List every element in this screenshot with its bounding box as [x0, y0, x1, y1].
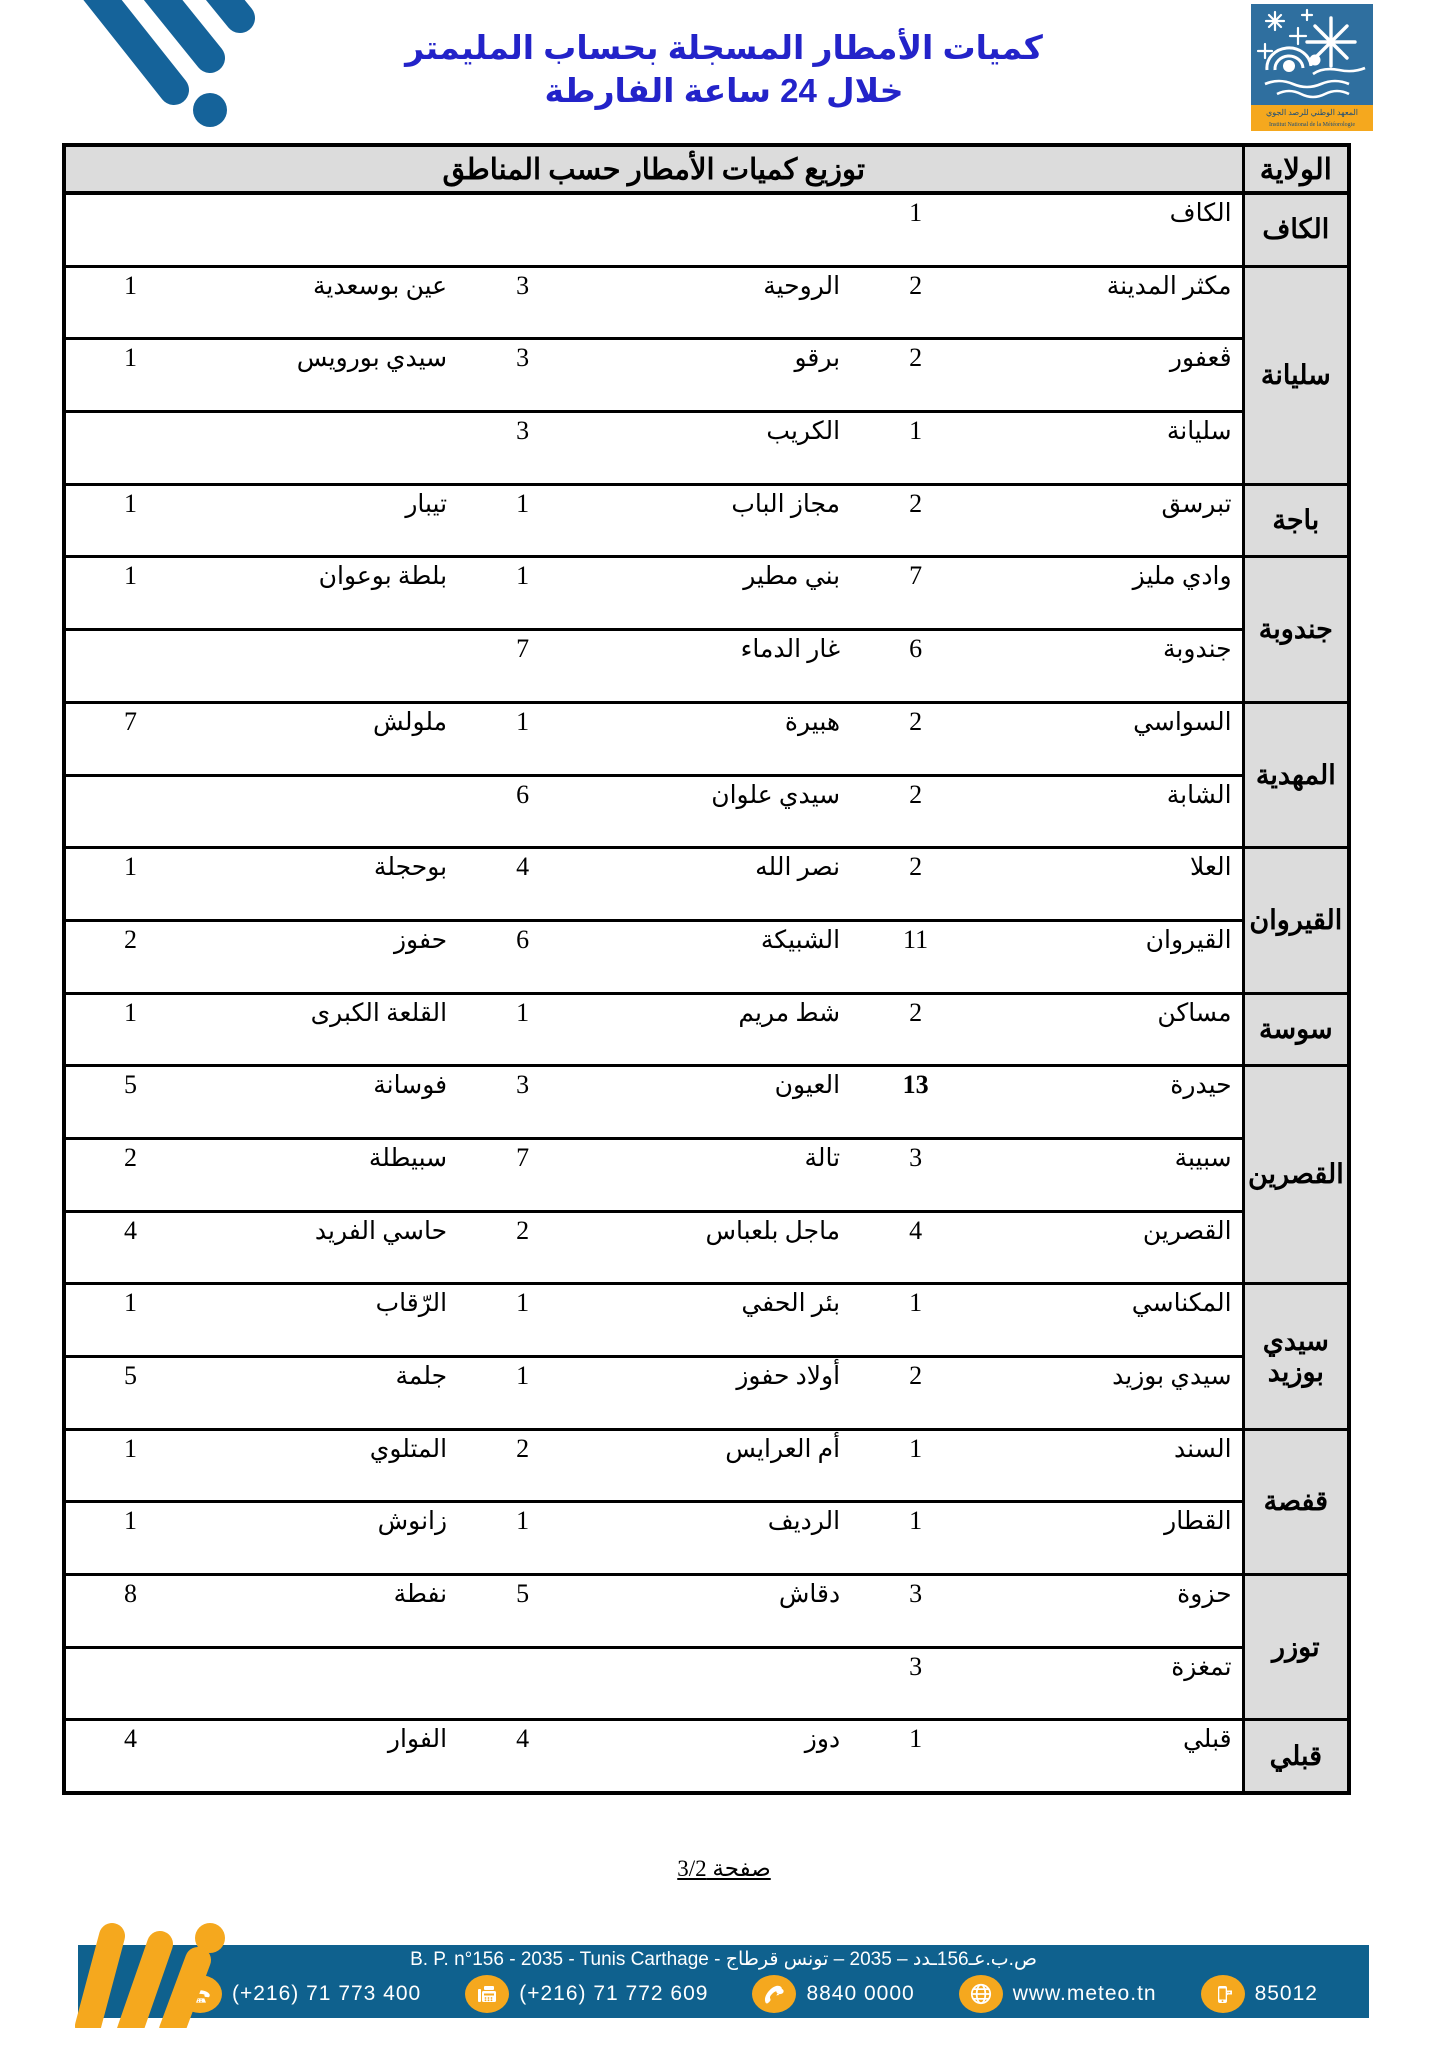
- station-name-cell: القصرين: [981, 1211, 1243, 1284]
- table-row: سيدي بوزيد2أولاد حفوز1جلمة5: [64, 1357, 1349, 1430]
- station-name-cell: عين بوسعدية: [195, 266, 457, 339]
- station-name-cell: المكناسي: [981, 1284, 1243, 1357]
- contact-website: www.meteo.tn: [959, 1975, 1157, 2013]
- table-header-row: الولاية توزيع كميات الأمطار حسب المناطق: [64, 145, 1349, 193]
- station-name-cell: تالة: [588, 1138, 850, 1211]
- rainfall-value-cell: 1: [64, 1429, 195, 1502]
- table-row: جندوبة6غار الدماء7: [64, 630, 1349, 703]
- rainfall-value-cell: 5: [64, 1357, 195, 1430]
- rainfall-value-cell: 1: [457, 1502, 588, 1575]
- station-name-cell: مساكن: [981, 993, 1243, 1066]
- station-name-cell: بلطة بوعوان: [195, 557, 457, 630]
- fax-icon: [465, 1975, 509, 2013]
- station-name-cell: العلا: [981, 848, 1243, 921]
- table-row: قفصةالسند1أم العرايس2المتلوي1: [64, 1429, 1349, 1502]
- contact-website-url: www.meteo.tn: [1013, 1982, 1157, 2006]
- station-name-cell: ملولش: [195, 702, 457, 775]
- station-name-cell: نفطة: [195, 1575, 457, 1648]
- station-name-cell: جلمة: [195, 1357, 457, 1430]
- station-name-cell: تيبار: [195, 484, 457, 557]
- station-name-cell: تمغزة: [981, 1647, 1243, 1720]
- rainfall-value-cell: 1: [457, 702, 588, 775]
- rainfall-value-cell: 3: [850, 1647, 981, 1720]
- rainfall-value-cell: 1: [850, 193, 981, 266]
- station-name-cell: الرديف: [588, 1502, 850, 1575]
- governorate-cell: سوسة: [1243, 993, 1349, 1066]
- rainfall-value-cell: 2: [457, 1211, 588, 1284]
- rainfall-value-cell: 1: [850, 1284, 981, 1357]
- station-name-cell: قبلي: [981, 1720, 1243, 1793]
- table-row: باجةتبرسق2مجاز الباب1تيبار1: [64, 484, 1349, 557]
- rainfall-value-cell: 2: [457, 1429, 588, 1502]
- table-row: القيروانالعلا2نصر الله4بوحجلة1: [64, 848, 1349, 921]
- table-row: سيدي بوزيدالمكناسي1بئر الحفي1الرّقاب1: [64, 1284, 1349, 1357]
- station-name-cell: مكثر المدينة: [981, 266, 1243, 339]
- rainfall-value-cell: 1: [850, 1720, 981, 1793]
- governorate-cell: قفصة: [1243, 1429, 1349, 1574]
- table-row: قبليقبلي1دوز4الفوار4: [64, 1720, 1349, 1793]
- station-name-cell: الكاف: [981, 193, 1243, 266]
- rainfall-value-cell: 2: [850, 702, 981, 775]
- station-name-cell: المتلوي: [195, 1429, 457, 1502]
- rainfall-value-cell: 4: [64, 1211, 195, 1284]
- station-name-cell: جندوبة: [981, 630, 1243, 703]
- station-name-cell: وادي مليز: [981, 557, 1243, 630]
- rainfall-value-cell: 7: [850, 557, 981, 630]
- station-name-cell: حاسي الفريد: [195, 1211, 457, 1284]
- rainfall-value-cell: 6: [457, 920, 588, 993]
- rainfall-value-cell: 1: [64, 484, 195, 557]
- table-row: ڤعفور2برقو3سيدي بورويس1: [64, 339, 1349, 412]
- footer-address: ص.ب.عـ156ـدد – 2035 – تونس قرطاج - B. P.…: [78, 1948, 1369, 1971]
- table-row: سليانة1الكريب3: [64, 412, 1349, 485]
- governorate-cell: سيدي بوزيد: [1243, 1284, 1349, 1429]
- rainfall-value-cell: 3: [457, 1066, 588, 1139]
- rainfall-value-cell: 1: [64, 557, 195, 630]
- table-row: سوسةمساكن2شط مريم1القلعة الكبرى1: [64, 993, 1349, 1066]
- contact-phone-number: (+216) 71 773 400: [232, 1982, 421, 2006]
- rainfall-value-cell: 2: [850, 848, 981, 921]
- station-name-cell: القلعة الكبرى: [195, 993, 457, 1066]
- station-name-cell: أم العرايس: [588, 1429, 850, 1502]
- station-name-cell: فوسانة: [195, 1066, 457, 1139]
- rainfall-value-cell: 1: [64, 266, 195, 339]
- station-name-cell: [195, 775, 457, 848]
- governorate-cell: القصرين: [1243, 1066, 1349, 1284]
- inm-name-arabic: المعهد الوطني للرصد الجوي: [1266, 108, 1358, 117]
- inm-name-french: Institut National de la Météorologie: [1269, 122, 1355, 128]
- table-row: تمغزة3: [64, 1647, 1349, 1720]
- table-row: جندوبةوادي مليز7بني مطير1بلطة بوعوان1: [64, 557, 1349, 630]
- station-name-cell: الرّقاب: [195, 1284, 457, 1357]
- rainfall-value-cell: 4: [64, 1720, 195, 1793]
- table-row: القيروان11الشبيكة6حفوز2: [64, 920, 1349, 993]
- rainfall-value-cell: 2: [850, 339, 981, 412]
- mobile-icon: [1201, 1975, 1245, 2013]
- station-name-cell: [588, 1647, 850, 1720]
- rainfall-value-cell: 1: [457, 1284, 588, 1357]
- rainfall-value-cell: 2: [850, 266, 981, 339]
- station-name-cell: [195, 412, 457, 485]
- rainfall-table: الولاية توزيع كميات الأمطار حسب المناطق …: [62, 143, 1351, 1795]
- rainfall-value-cell: 3: [457, 266, 588, 339]
- table-row: القطار1الرديف1زانوش1: [64, 1502, 1349, 1575]
- rainfall-value-cell: 1: [850, 412, 981, 485]
- contact-callcenter-number: 8840 0000: [806, 1982, 914, 2006]
- rainfall-value-cell: 5: [64, 1066, 195, 1139]
- station-name-cell: [195, 193, 457, 266]
- rainfall-value-cell: 1: [64, 1284, 195, 1357]
- rainfall-value-cell: 4: [850, 1211, 981, 1284]
- contact-sms-number: 85012: [1255, 1982, 1318, 2006]
- table-row: المهديةالسواسي2هبيرة1ملولش7: [64, 702, 1349, 775]
- station-name-cell: ماجل بلعباس: [588, 1211, 850, 1284]
- station-name-cell: الشبيكة: [588, 920, 850, 993]
- governorate-cell: القيروان: [1243, 848, 1349, 993]
- station-name-cell: سبيبة: [981, 1138, 1243, 1211]
- station-name-cell: سيدي بورويس: [195, 339, 457, 412]
- station-name-cell: القيروان: [981, 920, 1243, 993]
- station-name-cell: سيدي علوان: [588, 775, 850, 848]
- station-name-cell: دوز: [588, 1720, 850, 1793]
- inm-logo-icon: المعهد الوطني للرصد الجوي Institut Natio…: [1251, 4, 1373, 131]
- station-name-cell: برقو: [588, 339, 850, 412]
- table-row: سبيبة3تالة7سبيطلة2: [64, 1138, 1349, 1211]
- table-row: الشابة2سيدي علوان6: [64, 775, 1349, 848]
- governorate-cell: توزر: [1243, 1575, 1349, 1720]
- rainfall-value-cell: 1: [457, 1357, 588, 1430]
- station-name-cell: السواسي: [981, 702, 1243, 775]
- rainfall-value-cell: 1: [457, 484, 588, 557]
- governorate-cell: قبلي: [1243, 1720, 1349, 1793]
- governorate-column-header: الولاية: [1243, 145, 1349, 193]
- contact-sms: 85012: [1201, 1975, 1318, 2013]
- rainfall-value-cell: 5: [457, 1575, 588, 1648]
- rainfall-value-cell: 1: [64, 848, 195, 921]
- stripe-dot: [195, 1923, 225, 1953]
- rainfall-value-cell: 7: [457, 630, 588, 703]
- station-name-cell: هبيرة: [588, 702, 850, 775]
- station-name-cell: ڤعفور: [981, 339, 1243, 412]
- rainfall-value-cell: 8: [64, 1575, 195, 1648]
- page-title: كميات الأمطار المسجلة بحساب المليمتر خلا…: [0, 26, 1448, 112]
- station-name-cell: حفوز: [195, 920, 457, 993]
- page-title-line1: كميات الأمطار المسجلة بحساب المليمتر: [0, 26, 1448, 69]
- station-name-cell: العيون: [588, 1066, 850, 1139]
- rainfall-value-cell: 2: [850, 993, 981, 1066]
- rainfall-value-cell: 6: [457, 775, 588, 848]
- globe-icon: [959, 1975, 1003, 2013]
- footer-stripes-icon: [68, 1908, 238, 2028]
- rainfall-value-cell: [457, 1647, 588, 1720]
- table-row: سليانةمكثر المدينة2الروحية3عين بوسعدية1: [64, 266, 1349, 339]
- station-name-cell: الكريب: [588, 412, 850, 485]
- contact-fax: (+216) 71 772 609: [465, 1975, 708, 2013]
- contact-callcenter: 8840 0000: [752, 1975, 914, 2013]
- table-row: القصرينحيدرة13العيون3فوسانة5: [64, 1066, 1349, 1139]
- handset-icon: [752, 1975, 796, 2013]
- rainfall-value-cell: 3: [457, 339, 588, 412]
- rainfall-value-cell: 13: [850, 1066, 981, 1139]
- station-name-cell: نصر الله: [588, 848, 850, 921]
- rainfall-value-cell: [64, 412, 195, 485]
- rainfall-value-cell: 1: [850, 1502, 981, 1575]
- rainfall-value-cell: 4: [457, 1720, 588, 1793]
- rainfall-value-cell: 1: [64, 1502, 195, 1575]
- table-row: توزرحزوة3دقاش5نفطة8: [64, 1575, 1349, 1648]
- footer-band: ص.ب.عـ156ـدد – 2035 – تونس قرطاج - B. P.…: [78, 1945, 1369, 2018]
- regions-column-header: توزيع كميات الأمطار حسب المناطق: [64, 145, 1243, 193]
- rainfall-value-cell: 3: [850, 1138, 981, 1211]
- station-name-cell: دقاش: [588, 1575, 850, 1648]
- station-name-cell: بئر الحفي: [588, 1284, 850, 1357]
- rainfall-value-cell: 2: [64, 920, 195, 993]
- station-name-cell: الروحية: [588, 266, 850, 339]
- rainfall-value-cell: 1: [457, 557, 588, 630]
- table-row: القصرين4ماجل بلعباس2حاسي الفريد4: [64, 1211, 1349, 1284]
- rainfall-value-cell: 7: [64, 702, 195, 775]
- rainfall-value-cell: 11: [850, 920, 981, 993]
- station-name-cell: [195, 1647, 457, 1720]
- station-name-cell: القطار: [981, 1502, 1243, 1575]
- rainfall-value-cell: 6: [850, 630, 981, 703]
- station-name-cell: السند: [981, 1429, 1243, 1502]
- station-name-cell: بوحجلة: [195, 848, 457, 921]
- station-name-cell: مجاز الباب: [588, 484, 850, 557]
- report-page: كميات الأمطار المسجلة بحساب المليمتر خلا…: [0, 0, 1448, 2048]
- station-name-cell: حزوة: [981, 1575, 1243, 1648]
- station-name-cell: الفوار: [195, 1720, 457, 1793]
- rainfall-value-cell: 7: [457, 1138, 588, 1211]
- station-name-cell: أولاد حفوز: [588, 1357, 850, 1430]
- rainfall-value-cell: [457, 193, 588, 266]
- page-number: صفحة 3/2: [0, 1856, 1448, 1882]
- rainfall-value-cell: [64, 1647, 195, 1720]
- governorate-cell: الكاف: [1243, 193, 1349, 266]
- rainfall-value-cell: [64, 193, 195, 266]
- station-name-cell: سبيطلة: [195, 1138, 457, 1211]
- page-title-line2: خلال 24 ساعة الفارطة: [0, 69, 1448, 112]
- rainfall-value-cell: 4: [457, 848, 588, 921]
- rainfall-value-cell: 2: [64, 1138, 195, 1211]
- rainfall-value-cell: 1: [64, 993, 195, 1066]
- governorate-cell: باجة: [1243, 484, 1349, 557]
- table-row: الكافالكاف1: [64, 193, 1349, 266]
- rainfall-value-cell: 2: [850, 775, 981, 848]
- rainfall-value-cell: 1: [850, 1429, 981, 1502]
- station-name-cell: [195, 630, 457, 703]
- station-name-cell: تبرسق: [981, 484, 1243, 557]
- station-name-cell: [588, 193, 850, 266]
- rainfall-value-cell: [64, 775, 195, 848]
- rainfall-value-cell: 1: [457, 993, 588, 1066]
- station-name-cell: زانوش: [195, 1502, 457, 1575]
- rainfall-value-cell: 2: [850, 1357, 981, 1430]
- station-name-cell: الشابة: [981, 775, 1243, 848]
- station-name-cell: شط مريم: [588, 993, 850, 1066]
- station-name-cell: بني مطير: [588, 557, 850, 630]
- rainfall-value-cell: 2: [850, 484, 981, 557]
- station-name-cell: حيدرة: [981, 1066, 1243, 1139]
- station-name-cell: سليانة: [981, 412, 1243, 485]
- station-name-cell: غار الدماء: [588, 630, 850, 703]
- rainfall-value-cell: 3: [850, 1575, 981, 1648]
- governorate-cell: المهدية: [1243, 702, 1349, 847]
- governorate-cell: سليانة: [1243, 266, 1349, 484]
- rainfall-value-cell: 3: [457, 412, 588, 485]
- footer-contacts: (+216) 71 773 400 (+216) 71 772 609 8840…: [178, 1975, 1318, 2013]
- station-name-cell: سيدي بوزيد: [981, 1357, 1243, 1430]
- rainfall-value-cell: 1: [64, 339, 195, 412]
- contact-fax-number: (+216) 71 772 609: [519, 1982, 708, 2006]
- governorate-cell: جندوبة: [1243, 557, 1349, 702]
- rainfall-value-cell: [64, 630, 195, 703]
